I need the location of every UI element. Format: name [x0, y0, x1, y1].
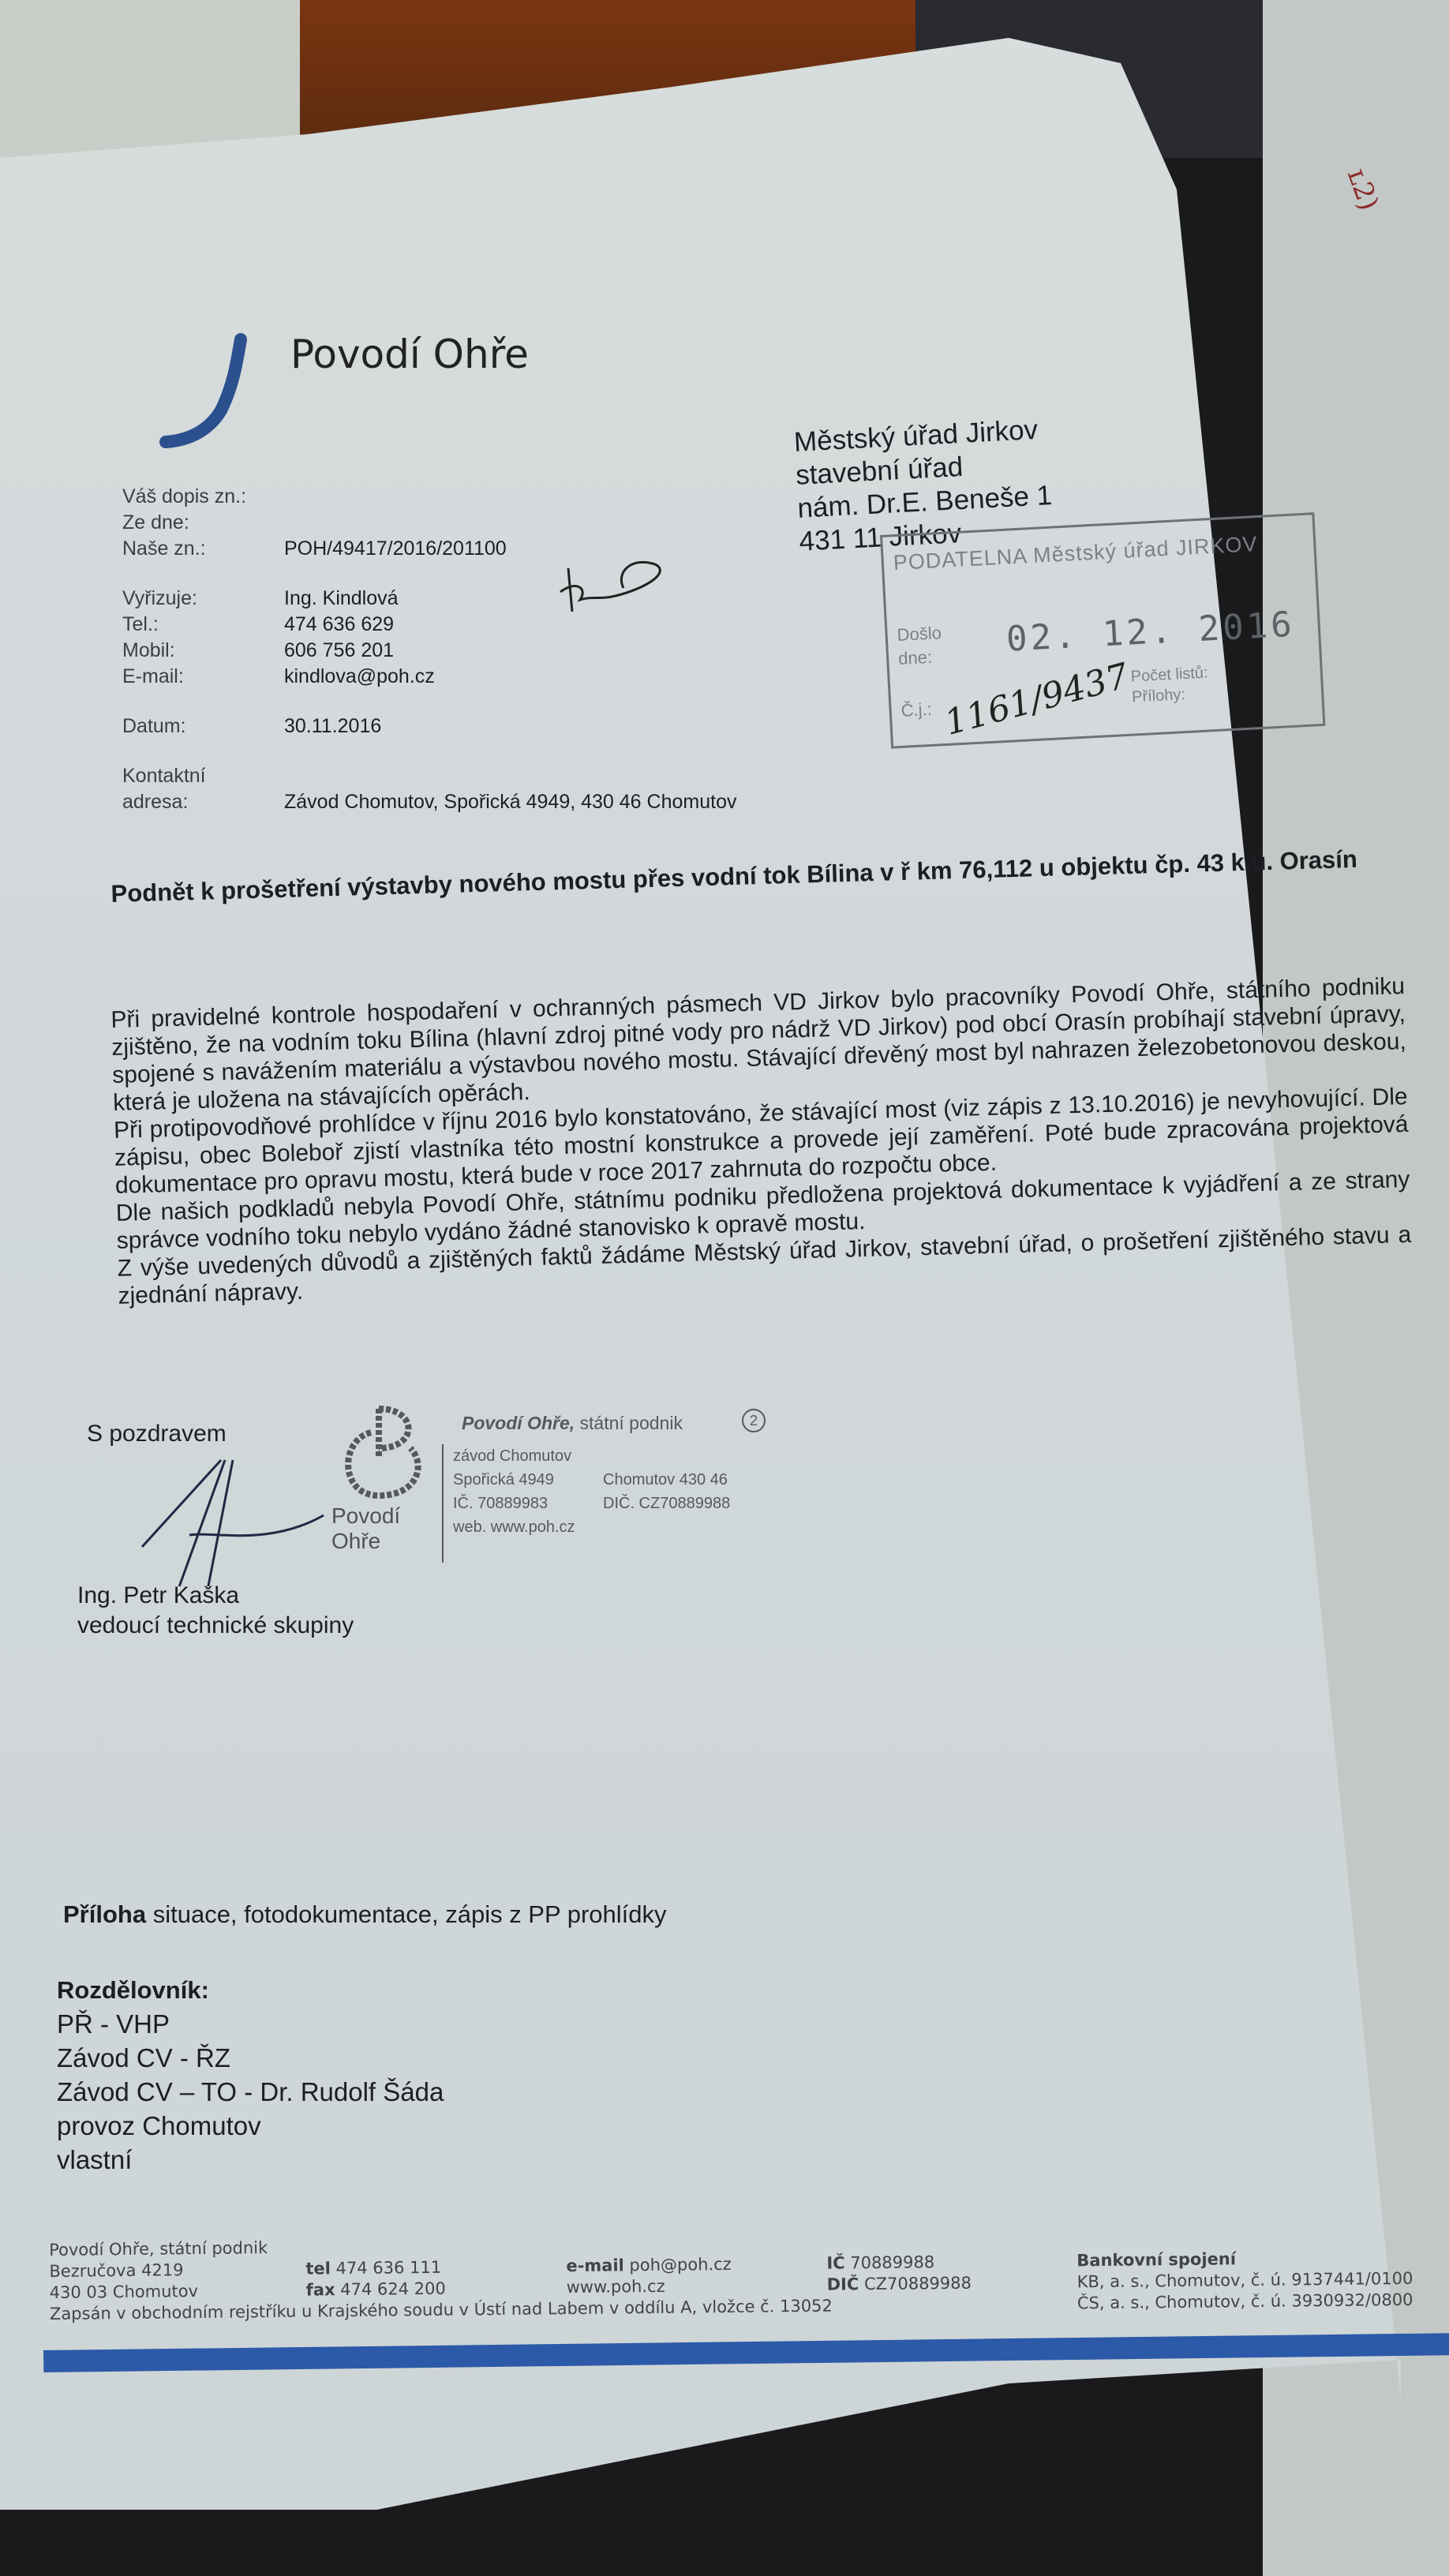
handled-by-value: Ing. Kindlová [284, 586, 399, 612]
footer-ic-label: IČ [826, 2253, 844, 2272]
signer-signature-icon [126, 1452, 363, 1586]
seal-web: web. www.poh.cz [453, 1515, 753, 1539]
email-value: kindlova@poh.cz [284, 664, 435, 690]
our-ref-label: Naše zn.: [122, 536, 284, 562]
seal-dic: DIČ. CZ70889988 [603, 1492, 753, 1515]
distribution-item: Závod CV - ŘZ [57, 2041, 444, 2075]
handler-signature-icon [552, 556, 679, 620]
povodi-ohre-wave-icon [158, 331, 253, 450]
closing-greeting: S pozdravem [87, 1421, 227, 1447]
attachment-label: Příloha [63, 1900, 146, 1928]
distribution-item: PŘ - VHP [57, 2007, 444, 2041]
stamp-title: PODATELNA Městský úřad JIRKOV [893, 532, 1258, 575]
stamp-received-label: Došlo dne: [897, 620, 962, 671]
mobile-value: 606 756 201 [284, 638, 394, 664]
contact-label-line1: Kontaktní [122, 763, 284, 789]
footer-email-label: e-mail [566, 2256, 624, 2275]
seal-street: Spořická 4949 [453, 1468, 603, 1492]
date-value: 30.11.2016 [284, 713, 381, 739]
tel-value: 474 636 629 [284, 612, 394, 638]
date-label: Datum: [122, 713, 284, 739]
letter-document: Povodí Ohře Váš dopis zn.: Ze dne: Naše … [0, 0, 1449, 2576]
footer-dic-value: CZ70889988 [859, 2274, 972, 2293]
footer-org-street: Bezručova 4219 [49, 2259, 268, 2282]
footer-web: e-mail poh@poh.cz www.poh.cz [566, 2254, 732, 2298]
stamp-received-label-line1: Došlo [897, 620, 960, 647]
attachment-line: Příloha situace, fotodokumentace, zápis … [63, 1900, 667, 1929]
distribution-list: Rozdělovník: PŘ - VHP Závod CV - ŘZ Závo… [57, 1973, 444, 2177]
stamp-ref-label: Č.j.: [900, 699, 932, 721]
seal-title-bold: Povodí Ohře, [462, 1413, 575, 1433]
distribution-item: provoz Chomutov [57, 2109, 444, 2143]
letter-body: Při pravidelné kontrole hospodaření v oc… [110, 972, 1413, 1310]
contact-address-value: Závod Chomutov, Spořická 4949, 430 46 Ch… [284, 789, 736, 815]
seal-logo-line2: Ohře [331, 1529, 400, 1554]
footer-bank: Bankovní spojení KB, a. s., Chomutov, č.… [1076, 2247, 1413, 2314]
letter-footer: Povodí Ohře, státní podnik Bezručova 421… [49, 2225, 1449, 2240]
stamp-received-label-line2: dne: [897, 644, 961, 671]
dated-label: Ze dne: [122, 510, 284, 536]
footer-email-value: poh@poh.cz [624, 2255, 732, 2275]
footer-brand-band [43, 2333, 1449, 2372]
seal-logo-text: Povodí Ohře [331, 1503, 400, 1554]
seal-title-rest: státní podnik [575, 1413, 683, 1433]
signer-block: Ing. Petr Kaška vedoucí technické skupin… [77, 1581, 354, 1641]
reference-block: Váš dopis zn.: Ze dne: Naše zn.:POH/4941… [122, 484, 736, 815]
stamp-count-fields: Počet listů: Přílohy: [1130, 663, 1209, 708]
seal-title: Povodí Ohře, státní podnik [462, 1413, 683, 1434]
footer-fax-label: fax [306, 2280, 335, 2299]
seal-city: Chomutov 430 46 [603, 1468, 753, 1492]
signer-name: Ing. Petr Kaška [77, 1581, 354, 1611]
seal-logo-line1: Povodí [331, 1503, 400, 1529]
seal-ic: IČ. 70889983 [453, 1492, 603, 1515]
seal-number: 2 [742, 1409, 766, 1432]
mobile-label: Mobil: [122, 638, 284, 664]
seal-plant: závod Chomutov [453, 1444, 753, 1468]
your-ref-label: Váš dopis zn.: [122, 484, 284, 510]
footer-org-name: Povodí Ohře, státní podnik [49, 2237, 268, 2261]
attachment-text: situace, fotodokumentace, zápis z PP pro… [146, 1900, 666, 1928]
official-seal-stamp: Povodí Ohře Povodí Ohře, státní podnik 2… [331, 1401, 773, 1574]
footer-bank-line: ČS, a. s., Chomutov, č. ú. 3930932/0800 [1077, 2290, 1413, 2314]
footer-dic-label: DIČ [827, 2275, 859, 2293]
footer-tel-value: 474 636 111 [331, 2258, 442, 2278]
stamp-received-date: 02. 12. 2016 [1005, 605, 1296, 660]
distribution-item: Závod CV – TO - Dr. Rudolf Šáda [57, 2075, 444, 2109]
footer-org-city: 430 03 Chomutov [50, 2280, 268, 2304]
tel-label: Tel.: [122, 612, 284, 638]
footer-ic-value: 70889988 [844, 2252, 934, 2272]
stamp-ref-value: 1161/9437 [941, 656, 1133, 743]
our-ref-value: POH/49417/2016/201100 [284, 536, 507, 562]
footer-org: Povodí Ohře, státní podnik Bezručova 421… [49, 2237, 268, 2304]
receipt-stamp: PODATELNA Městský úřad JIRKOV Došlo dne:… [880, 512, 1325, 748]
contact-label-line2: adresa: [122, 789, 284, 815]
seal-details: závod Chomutov Spořická 4949 Chomutov 43… [442, 1444, 753, 1563]
letter-subject: Podnět k prošetření výstavby nového most… [110, 840, 1413, 912]
footer-bank-title: Bankovní spojení [1076, 2249, 1236, 2270]
organization-name: Povodí Ohře [290, 331, 529, 377]
stamp-sheets-label: Počet listů: [1130, 663, 1208, 687]
footer-tel-label: tel [305, 2259, 331, 2278]
distribution-item: vlastní [57, 2143, 444, 2177]
stamp-attachments-label: Přílohy: [1132, 683, 1210, 707]
footer-phone: tel 474 636 111 fax 474 624 200 [305, 2257, 446, 2301]
distribution-title: Rozdělovník: [57, 1973, 444, 2007]
email-label: E-mail: [122, 664, 284, 690]
seal-logo-icon [331, 1401, 442, 1503]
footer-ids: IČ 70889988 DIČ CZ70889988 [826, 2252, 972, 2296]
handled-by-label: Vyřizuje: [122, 586, 284, 612]
footer-fax-value: 474 624 200 [335, 2279, 446, 2299]
signer-title: vedoucí technické skupiny [77, 1611, 354, 1641]
footer-web-link: www.poh.cz [567, 2275, 732, 2298]
